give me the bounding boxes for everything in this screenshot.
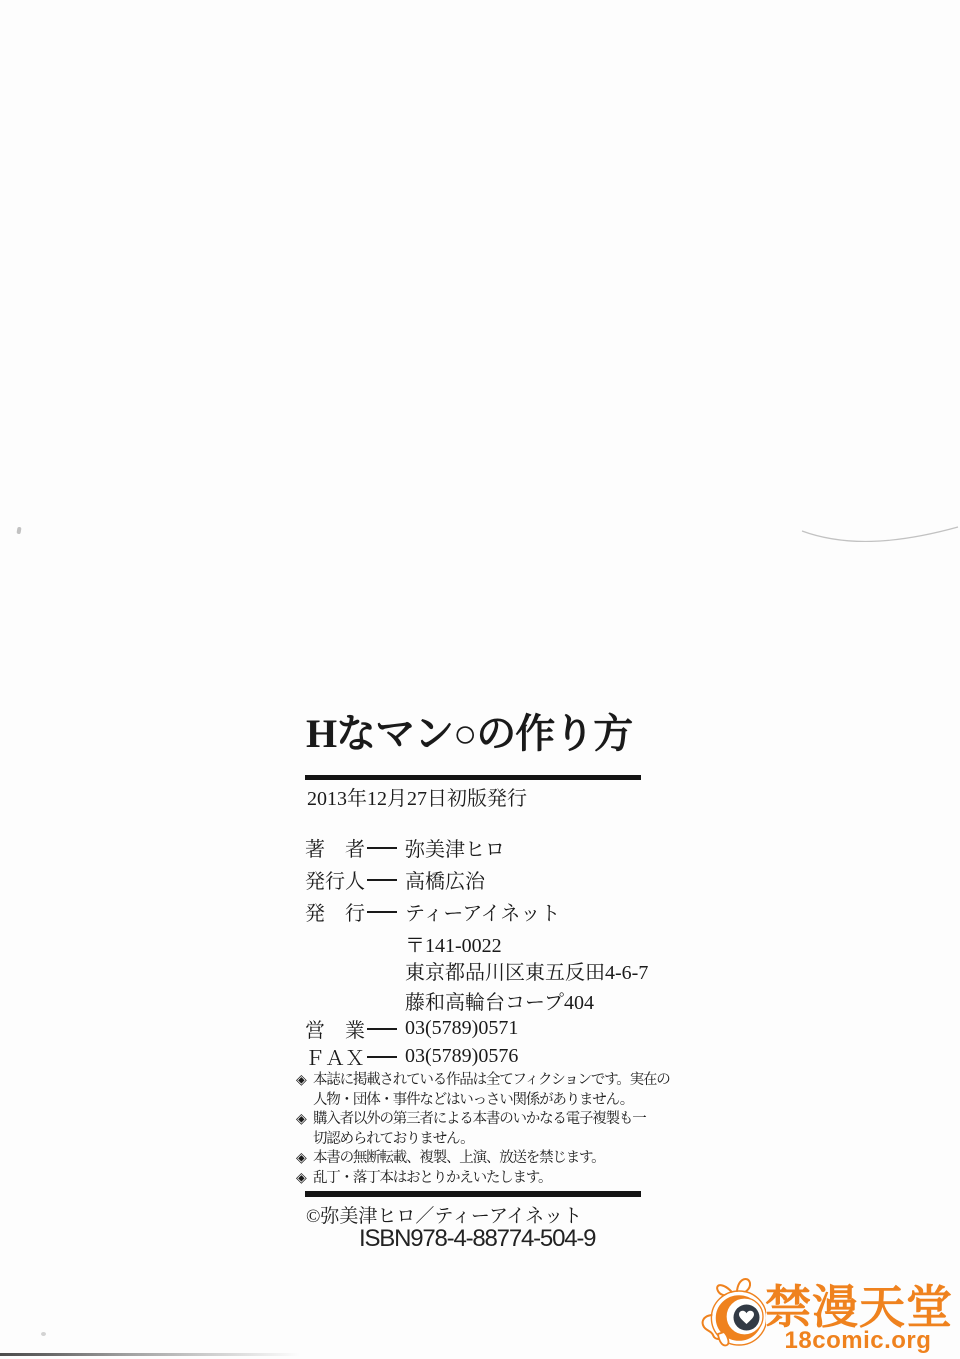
legal-notices: ◈ 本誌に掲載されている作品は全てフィクションです。実在の 人物・団体・事件など…	[296, 1071, 656, 1189]
scan-artifact-speck	[16, 527, 21, 535]
contact-value: 03(5789)0576	[405, 1045, 518, 1068]
notice-text: 購入者以外の第三者による本書のいかなる電子複製も一	[313, 1110, 646, 1130]
scan-artifact-speck-2	[41, 1332, 46, 1336]
copyright-line: ©弥美津ヒロ／ティーアイネット	[306, 1201, 582, 1228]
credit-label: 著 者	[305, 833, 365, 862]
notice-line: 人物・団体・事件などはいっさい関係がありません。	[296, 1091, 656, 1111]
address-line1: 東京都品川区東五反田4-6-7	[405, 956, 648, 985]
contact-row-fax: ＦＡＸ 03(5789)0576	[305, 1044, 518, 1068]
diamond-bullet-icon: ◈	[296, 1149, 313, 1169]
scan-artifact-curve	[798, 521, 960, 551]
credit-label: 発行人	[305, 865, 365, 894]
notice-line: 切認められておりません。	[296, 1130, 656, 1150]
watermark-domain-text: 18comic.org	[768, 1329, 948, 1353]
notice-text: 人物・団体・事件などはいっさい関係がありません。	[313, 1091, 633, 1111]
contact-row-sales: 営 業 03(5789)0571	[305, 1016, 518, 1040]
label-dash	[367, 1028, 397, 1030]
divider-rule-top	[305, 775, 641, 780]
mascot-whale-icon	[692, 1274, 766, 1354]
credit-label: 発 行	[305, 897, 365, 926]
isbn-number: ISBN978-4-88774-504-9	[359, 1225, 595, 1253]
notice-line: ◈ 本誌に掲載されている作品は全てフィクションです。実在の	[296, 1071, 656, 1091]
credit-value: 高橋広治	[405, 865, 485, 894]
divider-rule-bottom	[305, 1191, 641, 1197]
label-dash	[367, 879, 397, 881]
notice-text: 本誌に掲載されている作品は全てフィクションです。実在の	[313, 1071, 670, 1091]
notice-line: ◈ 購入者以外の第三者による本書のいかなる電子複製も一	[296, 1110, 656, 1130]
contact-value: 03(5789)0571	[405, 1017, 518, 1040]
diamond-bullet-icon: ◈	[296, 1071, 313, 1091]
credit-row-author: 著 者 弥美津ヒロ	[305, 835, 505, 859]
diamond-bullet-icon: ◈	[296, 1169, 313, 1189]
postal-code: 〒141-0022	[405, 929, 502, 958]
watermark-brand-text: 禁漫天堂	[765, 1284, 960, 1330]
notice-text: 本書の無断転載、複製、上演、放送を禁じます。	[313, 1149, 604, 1169]
notice-line: ◈ 本書の無断転載、複製、上演、放送を禁じます。	[296, 1149, 656, 1169]
bullet-indent	[296, 1091, 313, 1111]
edition-date: 2013年12月27日初版発行	[307, 782, 527, 811]
book-title: Hなマン○の作り方	[306, 709, 666, 759]
credit-row-publisher-person: 発行人 高橋広治	[305, 867, 485, 891]
notice-text: 乱丁・落丁本はおとりかえいたします。	[313, 1169, 551, 1189]
notice-line: ◈ 乱丁・落丁本はおとりかえいたします。	[296, 1169, 656, 1189]
address-line2: 藤和高輪台コープ404	[405, 986, 594, 1015]
credit-value: 弥美津ヒロ	[405, 833, 505, 862]
contact-label: 営 業	[305, 1014, 365, 1043]
diamond-bullet-icon: ◈	[296, 1110, 313, 1130]
credit-value: ティーアイネット	[405, 897, 560, 926]
contact-label: ＦＡＸ	[305, 1042, 365, 1071]
label-dash	[367, 911, 397, 913]
credit-row-publisher-company: 発 行 ティーアイネット	[305, 899, 560, 923]
label-dash	[367, 847, 397, 849]
bullet-indent	[296, 1130, 313, 1150]
scan-artifact-bottom-edge	[0, 1353, 300, 1356]
label-dash	[367, 1056, 397, 1058]
notice-text: 切認められておりません。	[313, 1130, 473, 1150]
